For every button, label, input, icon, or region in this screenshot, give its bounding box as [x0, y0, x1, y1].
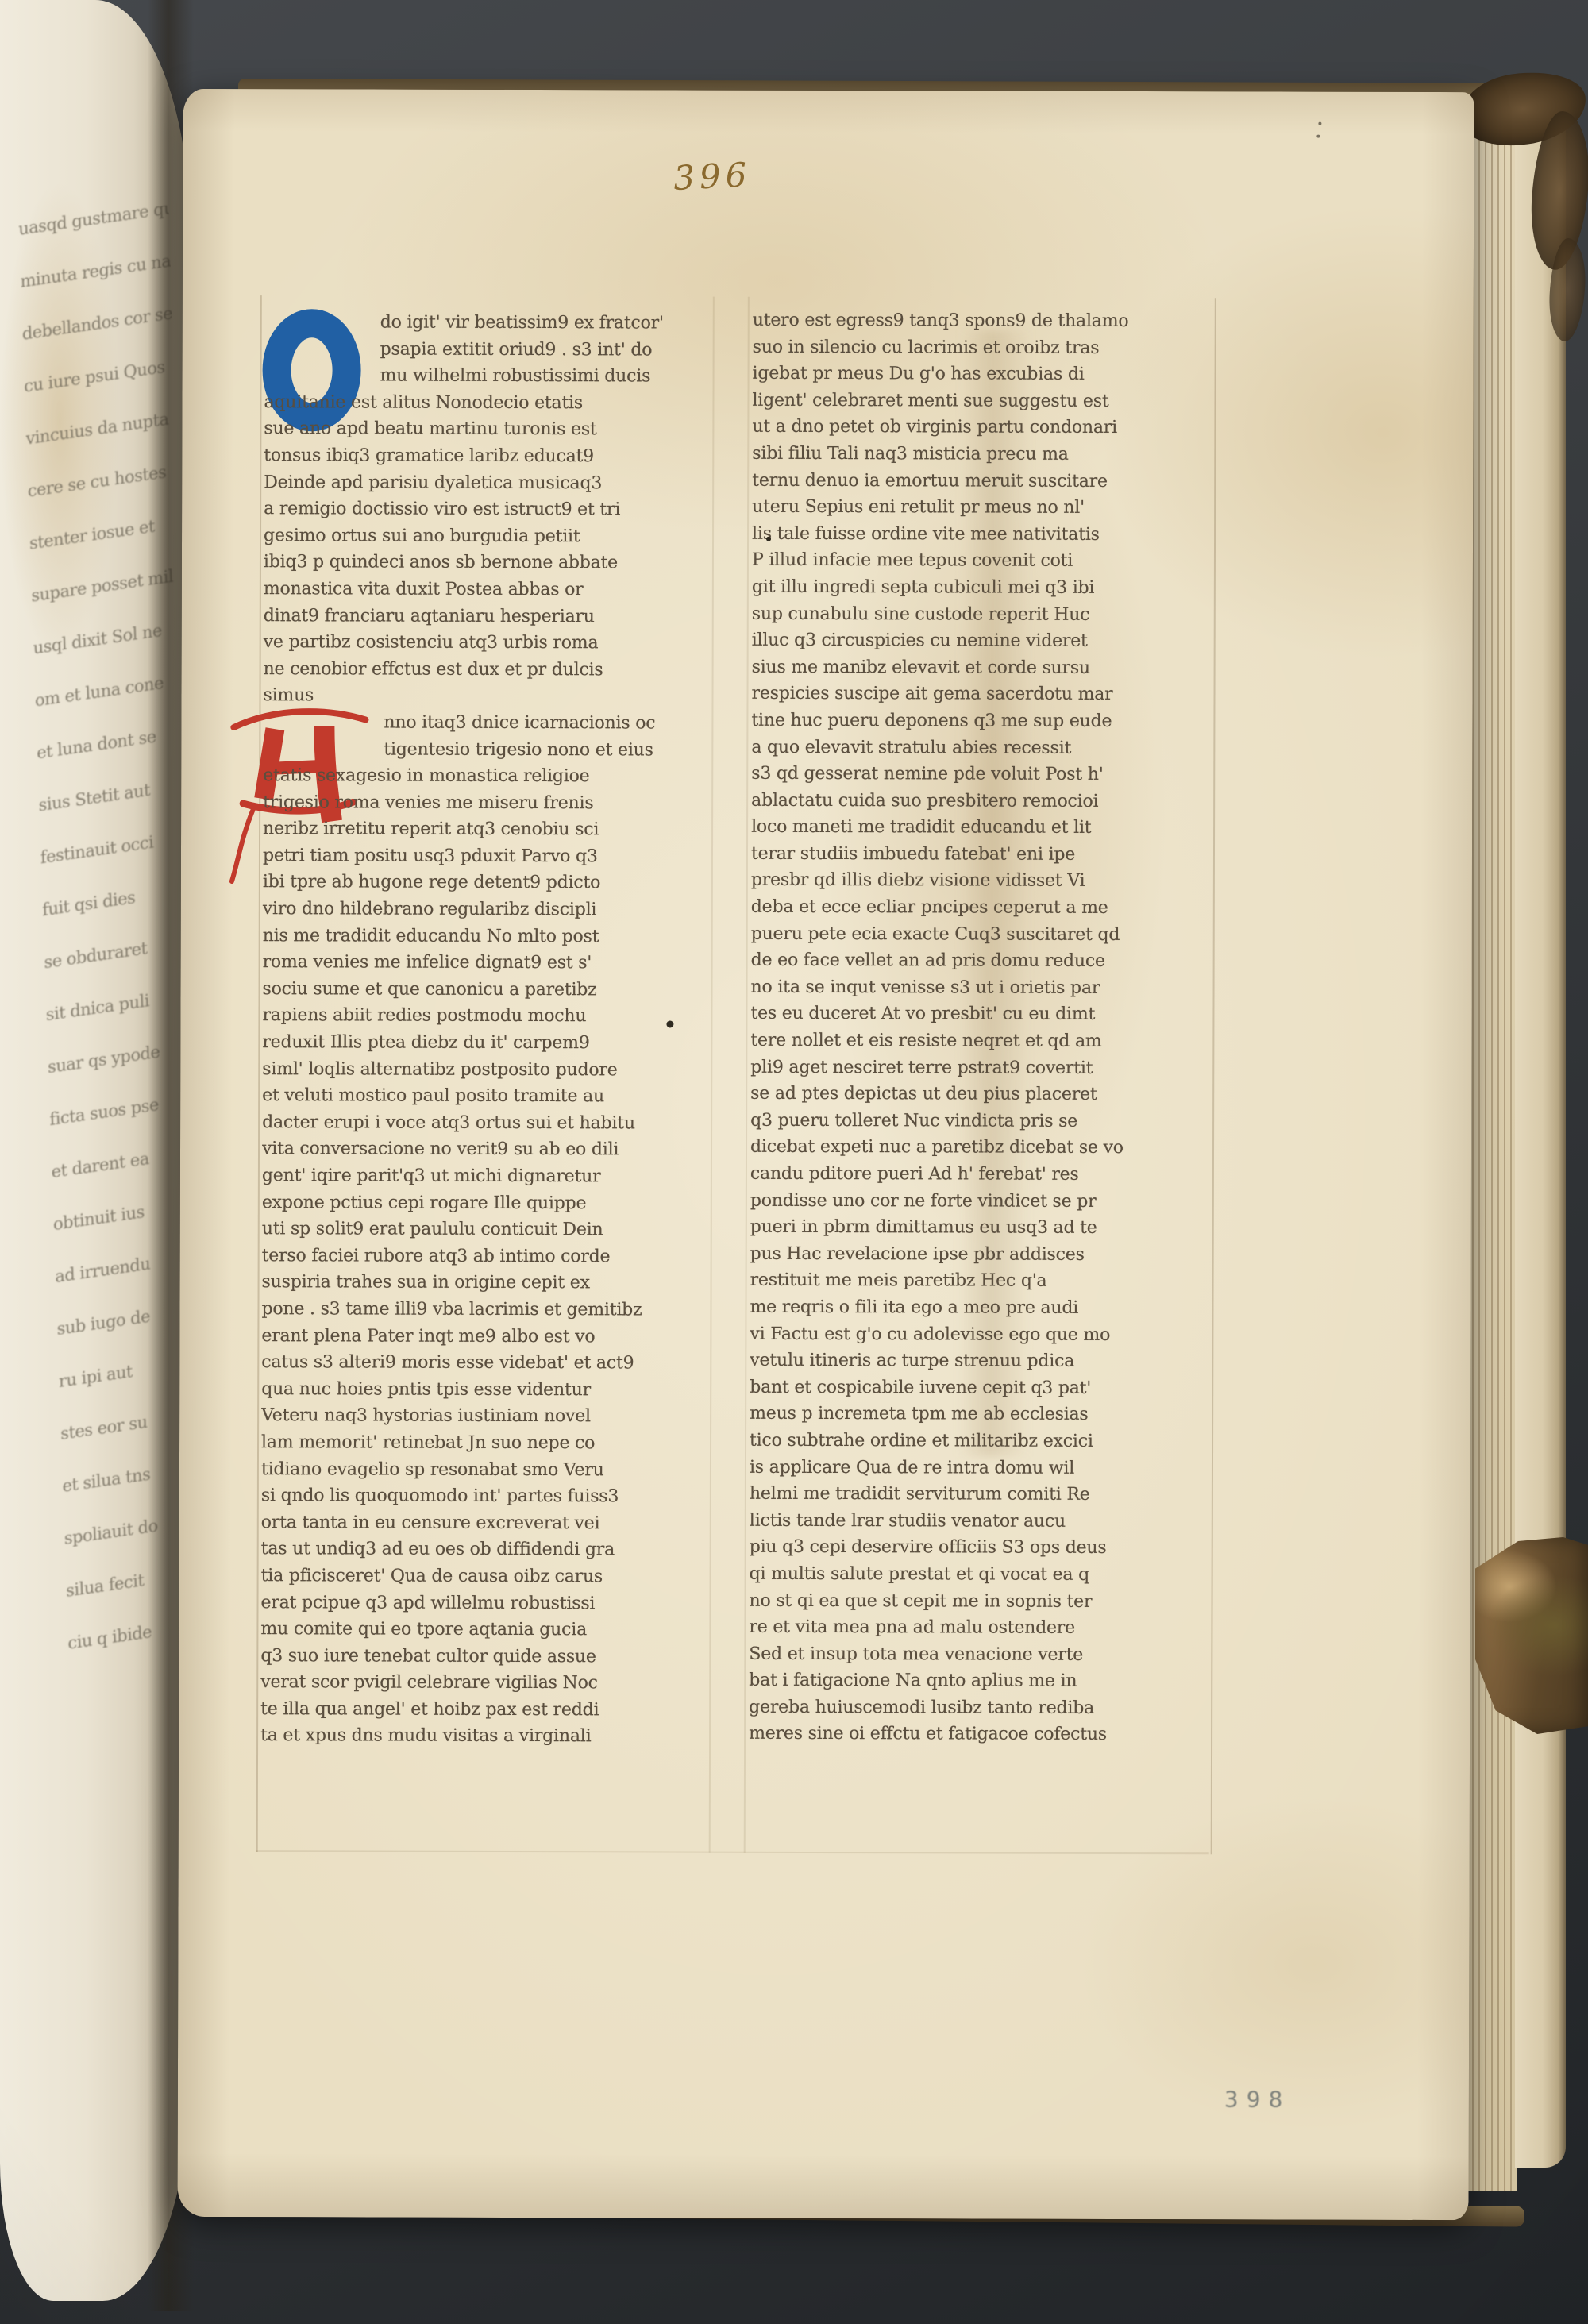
text-line: Veteru naq3 hystorias iustiniam novel	[261, 1402, 707, 1430]
stamp-number: 398	[1224, 2086, 1291, 2112]
text-line: ibiq3 p quindeci anos sb bernone abbate	[264, 549, 710, 576]
text-line: git illu ingredi septa cubiculi mei q3 i…	[752, 574, 1211, 602]
text-line: bat i fatigacione Na qnto aplius me in	[749, 1667, 1208, 1695]
text-line: tia pficisceret' Qua de causa oibz carus	[261, 1563, 707, 1590]
text-line: ut a dno petet ob virginis partu condona…	[752, 414, 1211, 441]
manuscript-photo: uasqd gustmare quorminuta regis cu nadod…	[0, 0, 1588, 2324]
text-line: P illud infacie mee tepus covenit coti	[752, 547, 1211, 575]
text-line: si qndo lis quoquomodo int' partes fuiss…	[261, 1482, 707, 1510]
text-line: helmi me tradidit serviturum comiti Re	[750, 1481, 1208, 1509]
text-line: sociu sume et que canonicu a paretibz	[262, 976, 708, 1004]
manuscript-page: 396 do igit' vir beatissim9 ex fratcor'p…	[177, 89, 1474, 2220]
text-line: uteru Sepius eni retulit pr meus no nl'	[752, 494, 1211, 522]
text-line: sup cunabulu sine custode reperit Huc	[752, 600, 1211, 628]
text-line: bant et cospicabile iuvene cepit q3 pat'	[750, 1374, 1208, 1402]
text-line: te illa qua angel' et hoibz pax est redd…	[260, 1696, 707, 1724]
text-line: illuc q3 circuspicies cu nemine videret	[752, 627, 1211, 655]
text-line: etatis sexagesio in monastica religioe	[263, 762, 709, 790]
text-line: respicies suscipe ait gema sacerdotu mar	[751, 680, 1210, 708]
page-stack-fore-edge	[1466, 95, 1517, 2191]
ink-speck	[1318, 122, 1321, 125]
text-line: ligent' celebraret menti sue suggestu es…	[752, 387, 1211, 415]
text-line: vita conversacione no verit9 su ab eo di…	[262, 1136, 708, 1164]
text-line: mu wilhelmi robustissimi ducis	[264, 362, 711, 390]
ink-speck	[766, 537, 771, 541]
text-line: deba et ecce ecliar pncipes ceperut a me	[751, 894, 1210, 922]
text-column-left: do igit' vir beatissim9 ex fratcor'psapi…	[260, 309, 711, 1751]
text-line: terso faciei rubore atq3 ab intimo corde	[262, 1243, 708, 1270]
text-line: presbr qd illis diebz visione vidisset V…	[751, 867, 1210, 895]
text-line: a remigio doctissio viro est istruct9 et…	[264, 495, 710, 523]
text-line: nno itaq3 dnice icarnacionis oc	[263, 709, 709, 737]
ruling-line	[256, 1850, 1209, 1854]
text-line: ta et xpus dns mudu visitas a virginali	[260, 1723, 707, 1751]
text-line: suspiria trahes sua in origine cepit ex	[262, 1270, 708, 1297]
text-line: lam memorit' retinebat Jn suo nepe co	[261, 1429, 707, 1457]
text-line: lis tale fuisse ordine vite mee nativita…	[752, 521, 1211, 549]
ink-speck	[1316, 135, 1320, 138]
ink-speck	[666, 1020, 673, 1027]
text-line: tes eu duceret At vo presbit' cu eu dimt	[750, 1000, 1209, 1028]
folio-number: 396	[673, 155, 752, 198]
text-line: tere nollet et eis resiste neqret et qd …	[750, 1027, 1209, 1055]
text-line: gereba huiuscemodi lusibz tanto rediba	[749, 1694, 1208, 1722]
text-line: dicebat expeti nuc a paretibz dicebat se…	[750, 1134, 1209, 1162]
text-line: pone . s3 tame illi9 vba lacrimis et gem…	[261, 1296, 707, 1324]
ruling-line	[1211, 298, 1216, 1854]
text-line: petri tiam positu usq3 pduxit Parvo q3	[263, 842, 709, 870]
text-line: tine huc pueru deponens q3 me sup eude	[751, 707, 1210, 735]
text-line: restituit me meis paretibz Hec q'a	[750, 1267, 1209, 1295]
text-line: aquitanie est alitus Nonodecio etatis	[264, 389, 710, 417]
text-line: vetulu itineris ac turpe strenuu pdica	[750, 1347, 1208, 1375]
text-line: Sed et insup tota mea venacione verte	[749, 1640, 1208, 1668]
text-line: ternu denuo ia emortuu meruit suscitare	[752, 467, 1211, 495]
text-line: candu pditore pueri Ad h' ferebat' res	[750, 1161, 1209, 1189]
text-line: sius me manibz elevavit et corde sursu	[752, 653, 1211, 681]
text-line: nis me tradidit educandu No mlto post	[263, 923, 709, 950]
text-line: ibi tpre ab hugone rege detent9 pdicto	[263, 869, 709, 897]
text-line: gesimo ortus sui ano burgudia petiit	[264, 522, 710, 550]
text-line: reduxit Illis ptea diebz du it' carpem9	[262, 1029, 708, 1057]
text-line: pueri in pbrm dimittamus eu usq3 ad te	[750, 1214, 1209, 1242]
text-line: re et vita mea pna ad malu ostendere	[749, 1614, 1208, 1642]
text-line: orta tanta in eu censure excreverat vei	[261, 1509, 707, 1537]
text-line: q3 pueru tolleret Nuc vindicta pris se	[750, 1108, 1209, 1135]
text-line: siml' loqlis alternatibz postposito pudo…	[262, 1056, 708, 1084]
text-line: qua nuc hoies pntis tpis esse videntur	[261, 1376, 707, 1404]
text-line: loco maneti me tradidit educandu et lit	[751, 814, 1210, 842]
text-line: pus Hac revelacione ipse pbr addisces	[750, 1241, 1209, 1269]
text-line: ablactatu cuida suo presbitero remocioi	[751, 787, 1210, 815]
text-line: ve partibz cosistenciu atq3 urbis roma	[264, 629, 710, 657]
text-line: lictis tande lrar studiis venator aucu	[750, 1507, 1208, 1535]
text-line: monastica vita duxit Postea abbas or	[264, 576, 710, 603]
parchment-cover-edge	[1515, 103, 1566, 2168]
text-line: se ad ptes depictas ut deu pius placeret	[750, 1081, 1209, 1108]
text-line: uti sp solit9 erat paululu conticuit Dei…	[262, 1216, 708, 1243]
text-line: mu comite qui eo tpore aqtania gucia	[260, 1616, 707, 1644]
text-line: tas ut undiq3 ad eu oes ob diffidendi gr…	[261, 1536, 707, 1563]
text-line: ne cenobior effctus est dux et pr dulcis	[264, 656, 710, 684]
text-line: tidiano evagelio sp resonabat smo Veru	[261, 1456, 707, 1484]
text-line: psapia extitit oriud9 . s3 int' do	[264, 336, 711, 364]
text-line: sue ano apd beatu martinu turonis est	[264, 416, 710, 444]
text-line: verat scor pvigil celebrare vigilias Noc	[260, 1669, 707, 1697]
text-line: meus p incremeta tpm me ab ecclesias	[750, 1401, 1208, 1428]
text-line: meres sine oi effctu et fatigacoe cofect…	[749, 1721, 1208, 1748]
text-line: pondisse uno cor ne forte vindicet se pr	[750, 1187, 1209, 1215]
text-line: expone pctius cepi rogare Ille quippe	[262, 1189, 708, 1217]
text-line: erant plena Pater inqt me9 albo est vo	[261, 1323, 707, 1351]
text-line: pli9 aget nesciret terre pstrat9 coverti…	[750, 1054, 1209, 1081]
text-column-right: utero est egress9 tanq3 spons9 de thalam…	[749, 307, 1212, 1749]
text-line: q3 suo iure tenebat cultor quide assue	[260, 1643, 707, 1671]
text-line: s3 qd gesserat nemine pde voluit Post h'	[751, 761, 1210, 788]
text-line: et veluti mostico paul posito tramite au	[262, 1082, 708, 1110]
text-line: piu q3 cepi deservire officiis S3 ops de…	[750, 1534, 1208, 1562]
text-line: rapiens abiit redies postmodu mochu	[262, 1003, 708, 1031]
text-line: me reqris o fili ita ego a meo pre audi	[750, 1294, 1208, 1322]
text-line: suo in silencio cu lacrimis et oroibz tr…	[753, 333, 1212, 361]
text-line: dinat9 franciaru aqtaniaru hesperiaru	[264, 603, 710, 630]
text-line: tico subtrahe ordine et militaribz excic…	[750, 1428, 1208, 1455]
text-line: roma venies me infelice dignat9 est s'	[263, 949, 709, 977]
text-line: de eo face vellet an ad pris domu reduce	[751, 947, 1210, 975]
text-line: do igit' vir beatissim9 ex fratcor'	[264, 309, 711, 337]
text-line: igebat pr meus Du g'o has excubias di	[753, 360, 1212, 388]
text-line: neribz irretitu reperit atq3 cenobiu sci	[263, 815, 709, 843]
text-line: viro dno hildebrano regularibz discipli	[263, 896, 709, 923]
text-line: trigesio roma venies me miseru frenis	[263, 789, 709, 817]
text-line: sibi filiu Tali naq3 misticia precu ma	[752, 441, 1211, 468]
text-line: catus s3 alteri9 moris esse videbat' et …	[261, 1349, 707, 1377]
text-line: a quo elevavit stratulu abies recessit	[751, 734, 1210, 761]
text-line: qi multis salute prestat et qi vocat ea …	[750, 1561, 1208, 1589]
text-line: tonsus ibiq3 gramatice laribz educat9	[264, 442, 710, 470]
text-line: simus	[263, 682, 709, 710]
text-line: Deinde apd parisiu dyaletica musicaq3	[264, 469, 710, 497]
text-line: terar studiis imbuedu fatebat' eni ipe	[751, 841, 1210, 869]
text-line: vi Factu est g'o cu adolevisse ego que m…	[750, 1320, 1208, 1348]
text-line: no st qi ea que st cepit me in sopnis te…	[749, 1587, 1208, 1615]
text-line: erat pcipue q3 apd willelmu robustissi	[260, 1590, 707, 1617]
text-line: no ita se inqut venisse s3 ut i orietis …	[751, 974, 1210, 1002]
text-line: dacter erupi i voce atq3 ortus sui et ha…	[262, 1109, 708, 1137]
text-line: tigentesio trigesio nono et eius	[263, 736, 709, 764]
text-line: pueru pete ecia exacte Cuq3 suscitaret q…	[751, 920, 1210, 948]
text-line: gent' iqire parit'q3 ut michi dignaretur	[262, 1162, 708, 1190]
text-line: is applicare Qua de re intra domu wil	[750, 1454, 1208, 1482]
text-line: utero est egress9 tanq3 spons9 de thalam…	[753, 307, 1212, 335]
